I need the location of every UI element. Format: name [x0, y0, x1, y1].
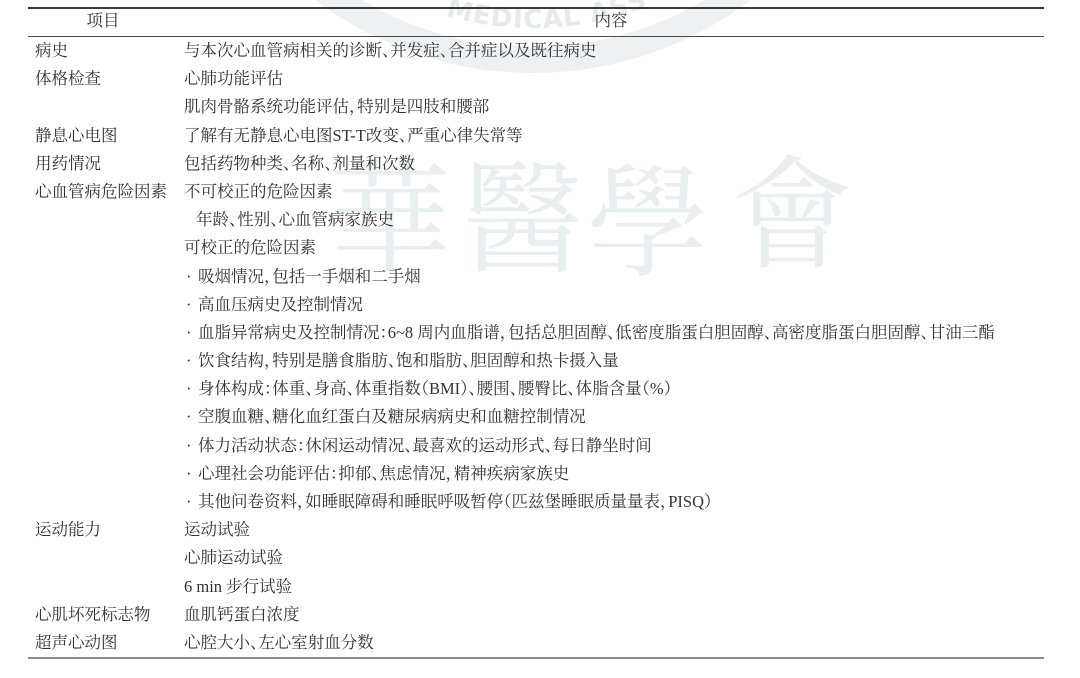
row-item-label: 病史	[28, 37, 178, 65]
bullet-text: 饮食结构，特别是膳食脂肪、饱和脂肪、胆固醇和热卡摄入量	[198, 351, 619, 370]
row-item-label: 心血管病危险因素	[28, 178, 178, 206]
bullet-marker: ·	[184, 403, 198, 431]
table-row: 心血管病危险因素 不可校正的危险因素 年龄、性别、心血管病家族史 可校正的危险因…	[28, 178, 1044, 516]
table-row: 体格检查 心肺功能评估 肌肉骨骼系统功能评估，特别是四肢和腰部	[28, 65, 1044, 121]
bullet-text: 其他问卷资料，如睡眠障碍和睡眠呼吸暂停（匹兹堡睡眠质量量表，PISQ）	[198, 492, 712, 511]
row-item-label: 用药情况	[28, 150, 178, 178]
content-line: 可校正的危险因素	[178, 234, 1044, 262]
row-content: 心肺功能评估 肌肉骨骼系统功能评估，特别是四肢和腰部	[178, 65, 1044, 121]
bullet-line: ·吸烟情况，包括一手烟和二手烟	[178, 263, 1044, 291]
bullet-line: ·饮食结构，特别是膳食脂肪、饱和脂肪、胆固醇和热卡摄入量	[178, 347, 1044, 375]
bullet-text: 体力活动状态：休闲运动情况、最喜欢的运动形式、每日静坐时间	[198, 436, 652, 455]
bullet-marker: ·	[184, 347, 198, 375]
row-item-label: 静息心电图	[28, 122, 178, 150]
row-content: 运动试验 心肺运动试验 6 min 步行试验	[178, 516, 1044, 601]
content-line: 6 min 步行试验	[178, 573, 1044, 601]
table-row: 病史 与本次心血管病相关的诊断、并发症、合并症以及既往病史	[28, 37, 1044, 65]
row-content: 了解有无静息心电图ST-T改变、严重心律失常等	[178, 122, 1044, 150]
bullet-text: 身体构成：体重、身高、体重指数（BMI）、腰围、腰臀比、体脂含量（%）	[198, 379, 672, 398]
bullet-marker: ·	[184, 291, 198, 319]
bullet-line: ·空腹血糖、糖化血红蛋白及糖尿病病史和血糖控制情况	[178, 403, 1044, 431]
table-row: 静息心电图 了解有无静息心电图ST-T改变、严重心律失常等	[28, 122, 1044, 150]
row-item-label: 超声心动图	[28, 629, 178, 657]
content-line: 心肺功能评估	[178, 65, 1044, 93]
content-line: 运动试验	[178, 516, 1044, 544]
row-item-label: 运动能力	[28, 516, 178, 544]
content-line: 与本次心血管病相关的诊断、并发症、合并症以及既往病史	[178, 37, 1044, 65]
bullet-text: 高血压病史及控制情况	[198, 295, 363, 314]
bullet-text: 心理社会功能评估：抑郁、焦虑情况，精神疾病家族史	[198, 464, 569, 483]
content-line: 包括药物种类、名称、剂量和次数	[178, 150, 1044, 178]
bullet-marker: ·	[184, 488, 198, 516]
bullet-marker: ·	[184, 263, 198, 291]
bullet-line: ·血脂异常病史及控制情况：6~8 周内血脂谱，包括总胆固醇、低密度脂蛋白胆固醇、…	[178, 319, 1044, 347]
bullet-line: ·心理社会功能评估：抑郁、焦虑情况，精神疾病家族史	[178, 460, 1044, 488]
content-line: 心腔大小、左心室射血分数	[178, 629, 1044, 657]
bullet-line: ·体力活动状态：休闲运动情况、最喜欢的运动形式、每日静坐时间	[178, 432, 1044, 460]
bullet-text: 空腹血糖、糖化血红蛋白及糖尿病病史和血糖控制情况	[198, 407, 586, 426]
table-row: 超声心动图 心腔大小、左心室射血分数	[28, 629, 1044, 657]
row-item-label: 心肌坏死标志物	[28, 601, 178, 629]
row-content: 不可校正的危险因素 年龄、性别、心血管病家族史 可校正的危险因素 ·吸烟情况，包…	[178, 178, 1044, 516]
table-row: 运动能力 运动试验 心肺运动试验 6 min 步行试验	[28, 516, 1044, 601]
bullet-line: ·高血压病史及控制情况	[178, 291, 1044, 319]
row-content: 与本次心血管病相关的诊断、并发症、合并症以及既往病史	[178, 37, 1044, 65]
row-content: 血肌钙蛋白浓度	[178, 601, 1044, 629]
content-line: 不可校正的危险因素	[178, 178, 1044, 206]
content-subline: 年龄、性别、心血管病家族史	[178, 206, 1044, 234]
table-row: 心肌坏死标志物 血肌钙蛋白浓度	[28, 601, 1044, 629]
content-line: 心肺运动试验	[178, 544, 1044, 572]
row-content: 包括药物种类、名称、剂量和次数	[178, 150, 1044, 178]
bullet-text: 吸烟情况，包括一手烟和二手烟	[198, 267, 421, 286]
row-content: 心腔大小、左心室射血分数	[178, 629, 1044, 657]
bullet-line: ·其他问卷资料，如睡眠障碍和睡眠呼吸暂停（匹兹堡睡眠质量量表，PISQ）	[178, 488, 1044, 516]
bullet-text: 血脂异常病史及控制情况：6~8 周内血脂谱，包括总胆固醇、低密度脂蛋白胆固醇、高…	[198, 323, 995, 342]
content-line: 肌肉骨骼系统功能评估，特别是四肢和腰部	[178, 93, 1044, 121]
table-header: 项目 内容	[28, 9, 1044, 37]
bullet-line: ·身体构成：体重、身高、体重指数（BMI）、腰围、腰臀比、体脂含量（%）	[178, 375, 1044, 403]
content-line: 了解有无静息心电图ST-T改变、严重心律失常等	[178, 122, 1044, 150]
bullet-marker: ·	[184, 460, 198, 488]
table-row: 用药情况 包括药物种类、名称、剂量和次数	[28, 150, 1044, 178]
bullet-marker: ·	[184, 319, 198, 347]
assessment-table: 项目 内容 病史 与本次心血管病相关的诊断、并发症、合并症以及既往病史 体格检查…	[28, 7, 1044, 659]
header-content: 内容	[178, 9, 1044, 36]
header-item: 项目	[28, 9, 178, 36]
content-line: 血肌钙蛋白浓度	[178, 601, 1044, 629]
bullet-marker: ·	[184, 432, 198, 460]
row-item-label: 体格检查	[28, 65, 178, 93]
bullet-marker: ·	[184, 375, 198, 403]
